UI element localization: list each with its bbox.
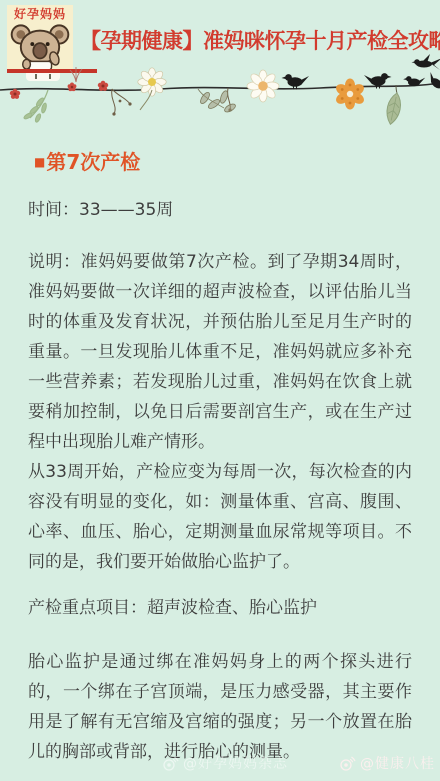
daisy-flower-icon: [247, 70, 279, 102]
daisy-flower-icon: [138, 68, 166, 96]
infographic-page: 好孕妈妈 【孕期健康】准妈咪怀孕十月产检全攻略: [0, 0, 440, 781]
orange-flower-icon: [334, 79, 366, 110]
bird-icon: [425, 71, 440, 94]
leaf-branch-icon: [23, 90, 48, 123]
weibo-icon: [339, 755, 356, 772]
sage-leaf-icon: [384, 92, 403, 126]
watermark-left-text: @好孕妈妈杂志: [183, 753, 288, 773]
olive-branch-icon: [198, 89, 237, 114]
section-heading: ■第7次产检: [34, 150, 412, 174]
page-title: 【孕期健康】准妈咪怀孕十月产检全攻略: [80, 28, 436, 55]
time-line: 时间：33——35周: [28, 198, 412, 222]
logo-text: 好孕妈妈: [7, 5, 73, 22]
red-flower-icon: [98, 81, 108, 91]
watermark-right: @健康八桂: [339, 753, 435, 773]
bird-icon: [282, 74, 310, 89]
floral-border-decoration: [0, 52, 440, 144]
description-paragraph-1: 说明：准妈妈要做第7次产检。到了孕期34周时，准妈妈要做一次详细的超声波检查，以…: [28, 247, 412, 457]
monitor-paragraph: 胎心监护是通过绑在准妈妈身上的两个探头进行的，一个绑在子宫顶端，是压力感受器，其…: [28, 647, 412, 767]
swallow-icon: [412, 54, 440, 70]
section-title: 第7次产检: [46, 150, 140, 174]
description-paragraph-2: 从33周开始，产检应变为每周一次，每次检查的内容没有明显的变化，如：测量体重、宫…: [28, 457, 412, 577]
watermark-left: @好孕妈妈杂志: [162, 753, 288, 773]
red-flower-icon: [10, 89, 20, 99]
content: ■第7次产检 时间：33——35周 说明：准妈妈要做第7次产检。到了孕期34周时…: [28, 150, 412, 767]
weibo-icon: [162, 755, 179, 772]
key-items-line: 产检重点项目：超声波检查、胎心监护: [28, 593, 412, 623]
watermark-right-text: @健康八桂: [360, 753, 435, 773]
red-flower-icon: [68, 82, 77, 91]
square-bullet-icon: ■: [34, 155, 45, 169]
